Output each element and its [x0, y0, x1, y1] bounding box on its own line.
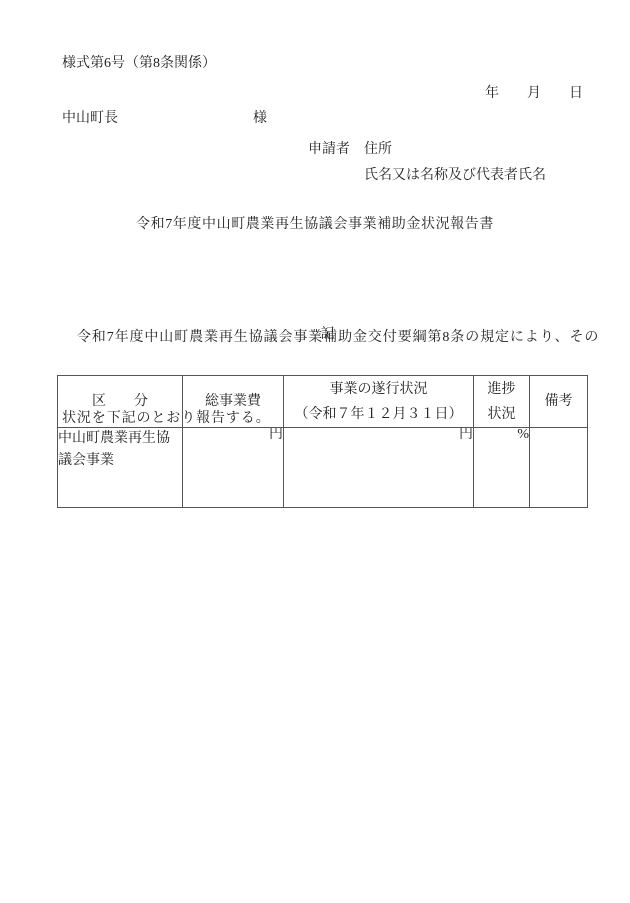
cell-total-cost: 円 [183, 428, 284, 508]
cell-category-line1: 中山町農業再生協 [58, 428, 182, 450]
document-page: 様式第6号（第8条関係） 年 月 日 中山町長 様 申請者 住所 氏名又は名称及… [0, 0, 630, 903]
table-header-row: 区 分 総事業費 事業の遂行状況 （令和７年１２月３１日） 進捗 状況 備考 [58, 376, 588, 428]
header-remarks: 備考 [530, 376, 588, 428]
addressee: 中山町長 [62, 109, 118, 129]
applicant-address-line: 申請者 住所 [308, 140, 392, 160]
applicant-name-line: 氏名又は名称及び代表者氏名 [364, 166, 546, 186]
date-line: 年 月 日 [485, 84, 583, 104]
document-title: 令和7年度中山町農業再生協議会事業補助金状況報告書 [0, 215, 630, 235]
header-total-cost: 総事業費 [183, 376, 284, 428]
cell-remarks [530, 428, 588, 508]
header-progress-line1: 進捗 [474, 377, 529, 402]
record-marker: 記 [62, 325, 593, 345]
cell-execution-status: 円 [284, 428, 474, 508]
form-number: 様式第6号（第8条関係） [62, 54, 216, 74]
cell-category: 中山町農業再生協 議会事業 [58, 428, 183, 508]
header-execution-status: 事業の遂行状況 （令和７年１２月３１日） [284, 376, 474, 428]
addressee-honorific: 様 [253, 109, 267, 129]
status-report-table: 区 分 総事業費 事業の遂行状況 （令和７年１２月３１日） 進捗 状況 備考 中… [57, 375, 588, 508]
cell-category-line2: 議会事業 [58, 450, 182, 472]
header-progress-line2: 状況 [474, 402, 529, 427]
header-progress: 進捗 状況 [474, 376, 530, 428]
header-category: 区 分 [58, 376, 183, 428]
header-execution-status-line1: 事業の遂行状況 [284, 377, 473, 402]
header-execution-status-line2: （令和７年１２月３１日） [284, 402, 473, 427]
cell-progress-rate: % [474, 428, 530, 508]
table-data-row: 中山町農業再生協 議会事業 円 円 % [58, 428, 588, 508]
